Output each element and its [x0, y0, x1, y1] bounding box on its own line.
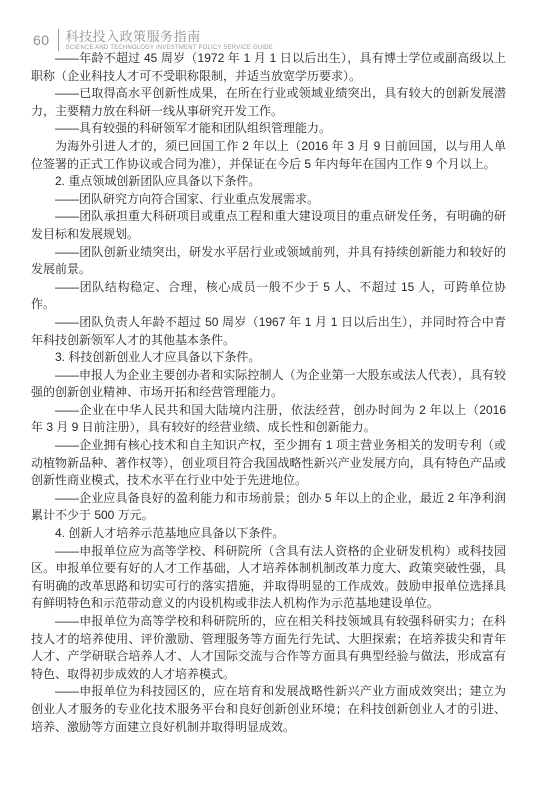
paragraph: ——申报人为企业主要创办者和实际控制人（为企业第一大股东或法人代表），具有较强的…	[31, 367, 506, 402]
document-body: ——年龄不超过 45 周岁（1972 年 1 月 1 日以后出生），具有博士学位…	[31, 50, 506, 736]
paragraph: ——已取得高水平创新性成果，在所在行业或领域业绩突出，具有较大的创新发展潜力，主…	[31, 85, 506, 120]
paragraph: ——企业应具备良好的盈利能力和市场前景；创办 5 年以上的企业，最近 2 年净利…	[31, 490, 506, 525]
paragraph: ——具有较强的科研领军才能和团队组织管理能力。	[31, 120, 506, 138]
document-title: 科技投入政策服务指南	[66, 29, 273, 44]
page-number: 60	[33, 29, 50, 48]
header-divider	[58, 29, 59, 51]
page-header: 60 科技投入政策服务指南 SCIENCE AND TECHNOLOGY INV…	[33, 29, 273, 52]
paragraph: ——团队研究方向符合国家、行业重点发展需求。	[31, 191, 506, 209]
paragraph: 4. 创新人才培养示范基地应具备以下条件。	[31, 525, 506, 543]
paragraph: ——团队承担重大科研项目或重点工程和重大建设项目的重点研发任务，有明确的研发目标…	[31, 208, 506, 243]
paragraph: ——申报单位为高等学校和科研院所的，应在相关科技领域具有较强科研实力；在科技人才…	[31, 613, 506, 683]
title-block: 科技投入政策服务指南 SCIENCE AND TECHNOLOGY INVEST…	[66, 29, 273, 52]
paragraph: 为海外引进人才的，须已回国工作 2 年以上（2016 年 3 月 9 日前回国，…	[31, 138, 506, 173]
paragraph: ——企业拥有核心技术和自主知识产权，至少拥有 1 项主营业务相关的发明专利（或动…	[31, 437, 506, 490]
paragraph: ——团队结构稳定、合理，核心成员一般不少于 5 人、不超过 15 人，可跨单位协…	[31, 279, 506, 314]
paragraph: 3. 科技创新创业人才应具备以下条件。	[31, 349, 506, 367]
paragraph: ——企业在中华人民共和国大陆境内注册，依法经营，创办时间为 2 年以上（2016…	[31, 402, 506, 437]
paragraph: ——年龄不超过 45 周岁（1972 年 1 月 1 日以后出生），具有博士学位…	[31, 50, 506, 85]
paragraph: ——申报单位为科技园区的，应在培育和发展战略性新兴产业方面成效突出；建立为创业人…	[31, 683, 506, 736]
document-page: 60 科技投入政策服务指南 SCIENCE AND TECHNOLOGY INV…	[0, 0, 536, 793]
paragraph: 2. 重点领域创新团队应具备以下条件。	[31, 173, 506, 191]
paragraph: ——团队负责人年龄不超过 50 周岁（1967 年 1 月 1 日以后出生），并…	[31, 314, 506, 349]
paragraph: ——团队创新业绩突出，研发水平居行业或领域前列，并具有持续创新能力和较好的发展前…	[31, 244, 506, 279]
paragraph: ——申报单位应为高等学校、科研院所（含具有法人资格的企业研发机构）或科技园区。申…	[31, 543, 506, 613]
